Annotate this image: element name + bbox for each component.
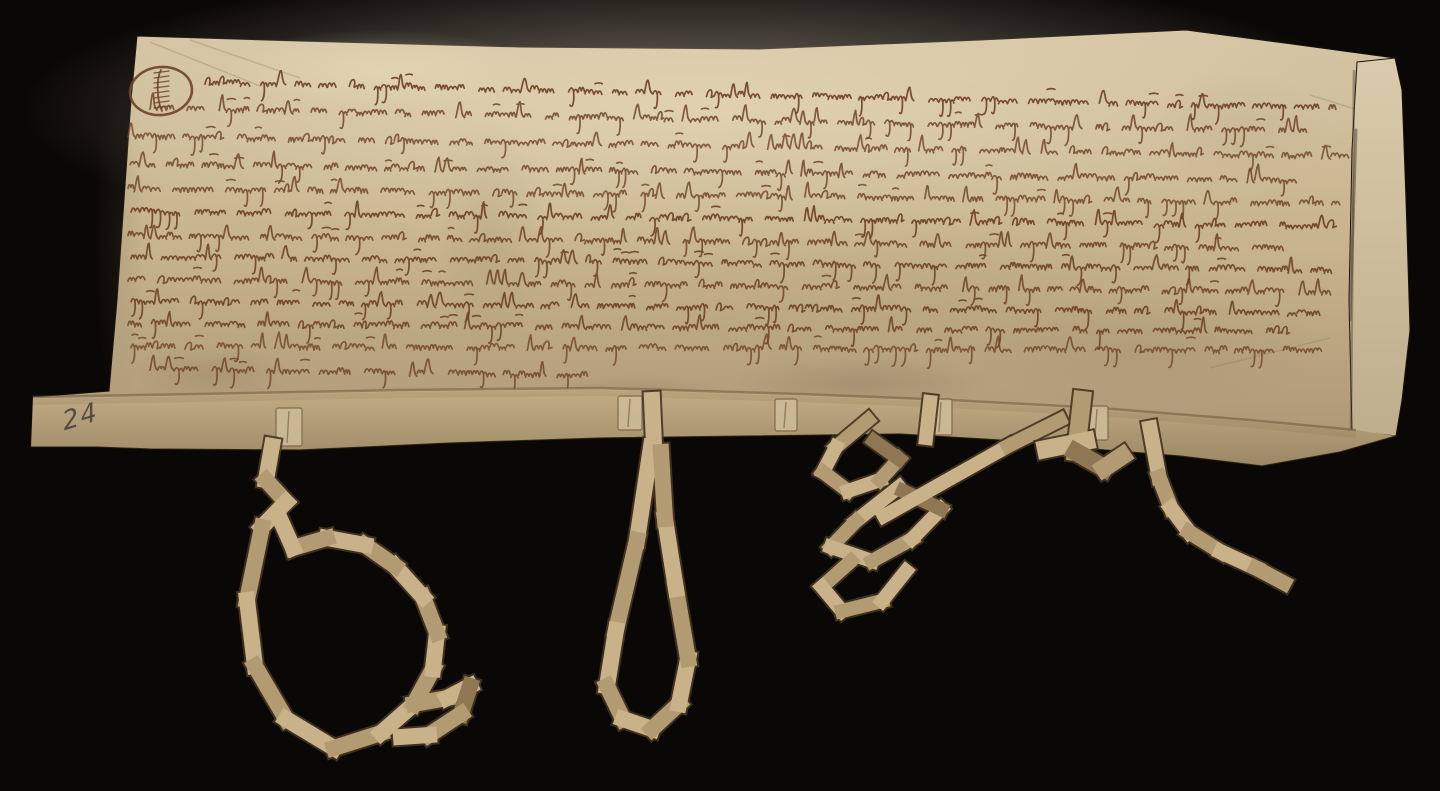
seal-tags — [247, 400, 1284, 748]
seal-tag-2 — [607, 400, 688, 729]
charter-photo: 24 — [0, 0, 1440, 791]
parchment-charter — [0, 0, 1440, 791]
right-margin-flap — [1349, 58, 1410, 436]
seal-tag-1 — [247, 446, 470, 748]
